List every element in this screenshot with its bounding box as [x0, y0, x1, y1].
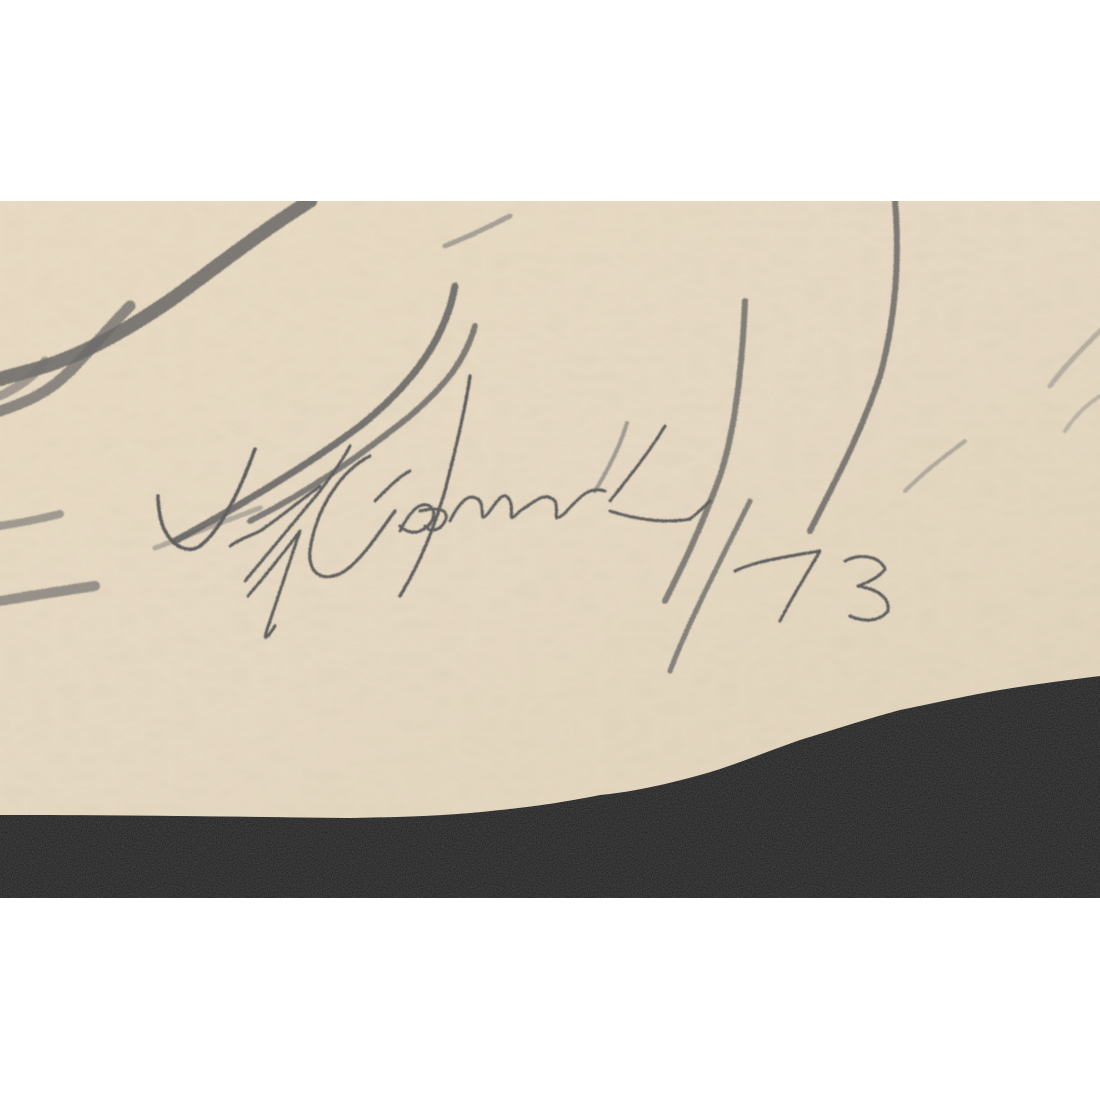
artwork-canvas [0, 201, 1100, 898]
image-frame: Jeff Goodman 73 Close-up of a pencil sig… [0, 0, 1100, 1100]
artwork-photo: Jeff Goodman 73 Close-up of a pencil sig… [0, 201, 1100, 898]
